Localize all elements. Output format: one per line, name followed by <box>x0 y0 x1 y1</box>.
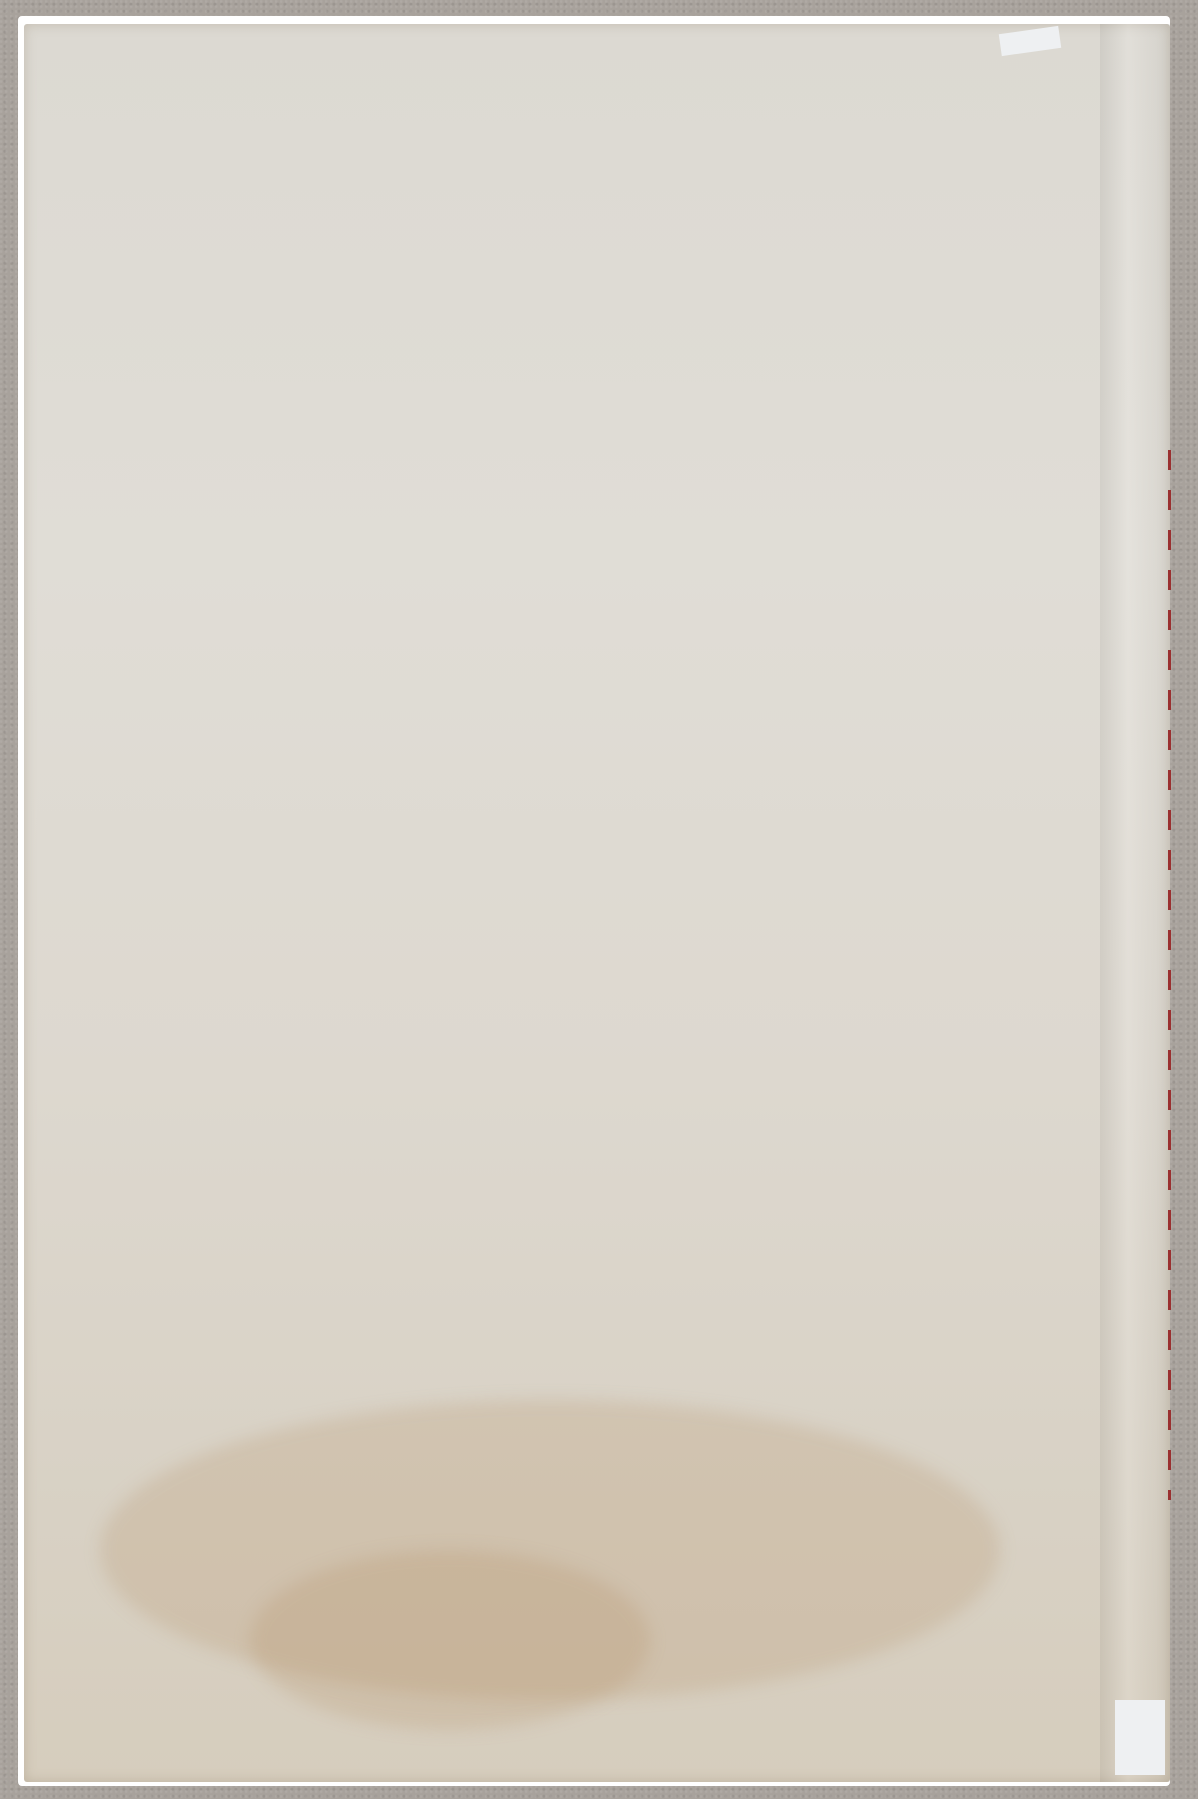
foxing-stain <box>250 1550 650 1730</box>
spine-fold <box>1100 24 1170 1782</box>
spine-red-edge <box>1168 450 1171 1500</box>
bottom-corner-wear <box>1115 1700 1165 1775</box>
